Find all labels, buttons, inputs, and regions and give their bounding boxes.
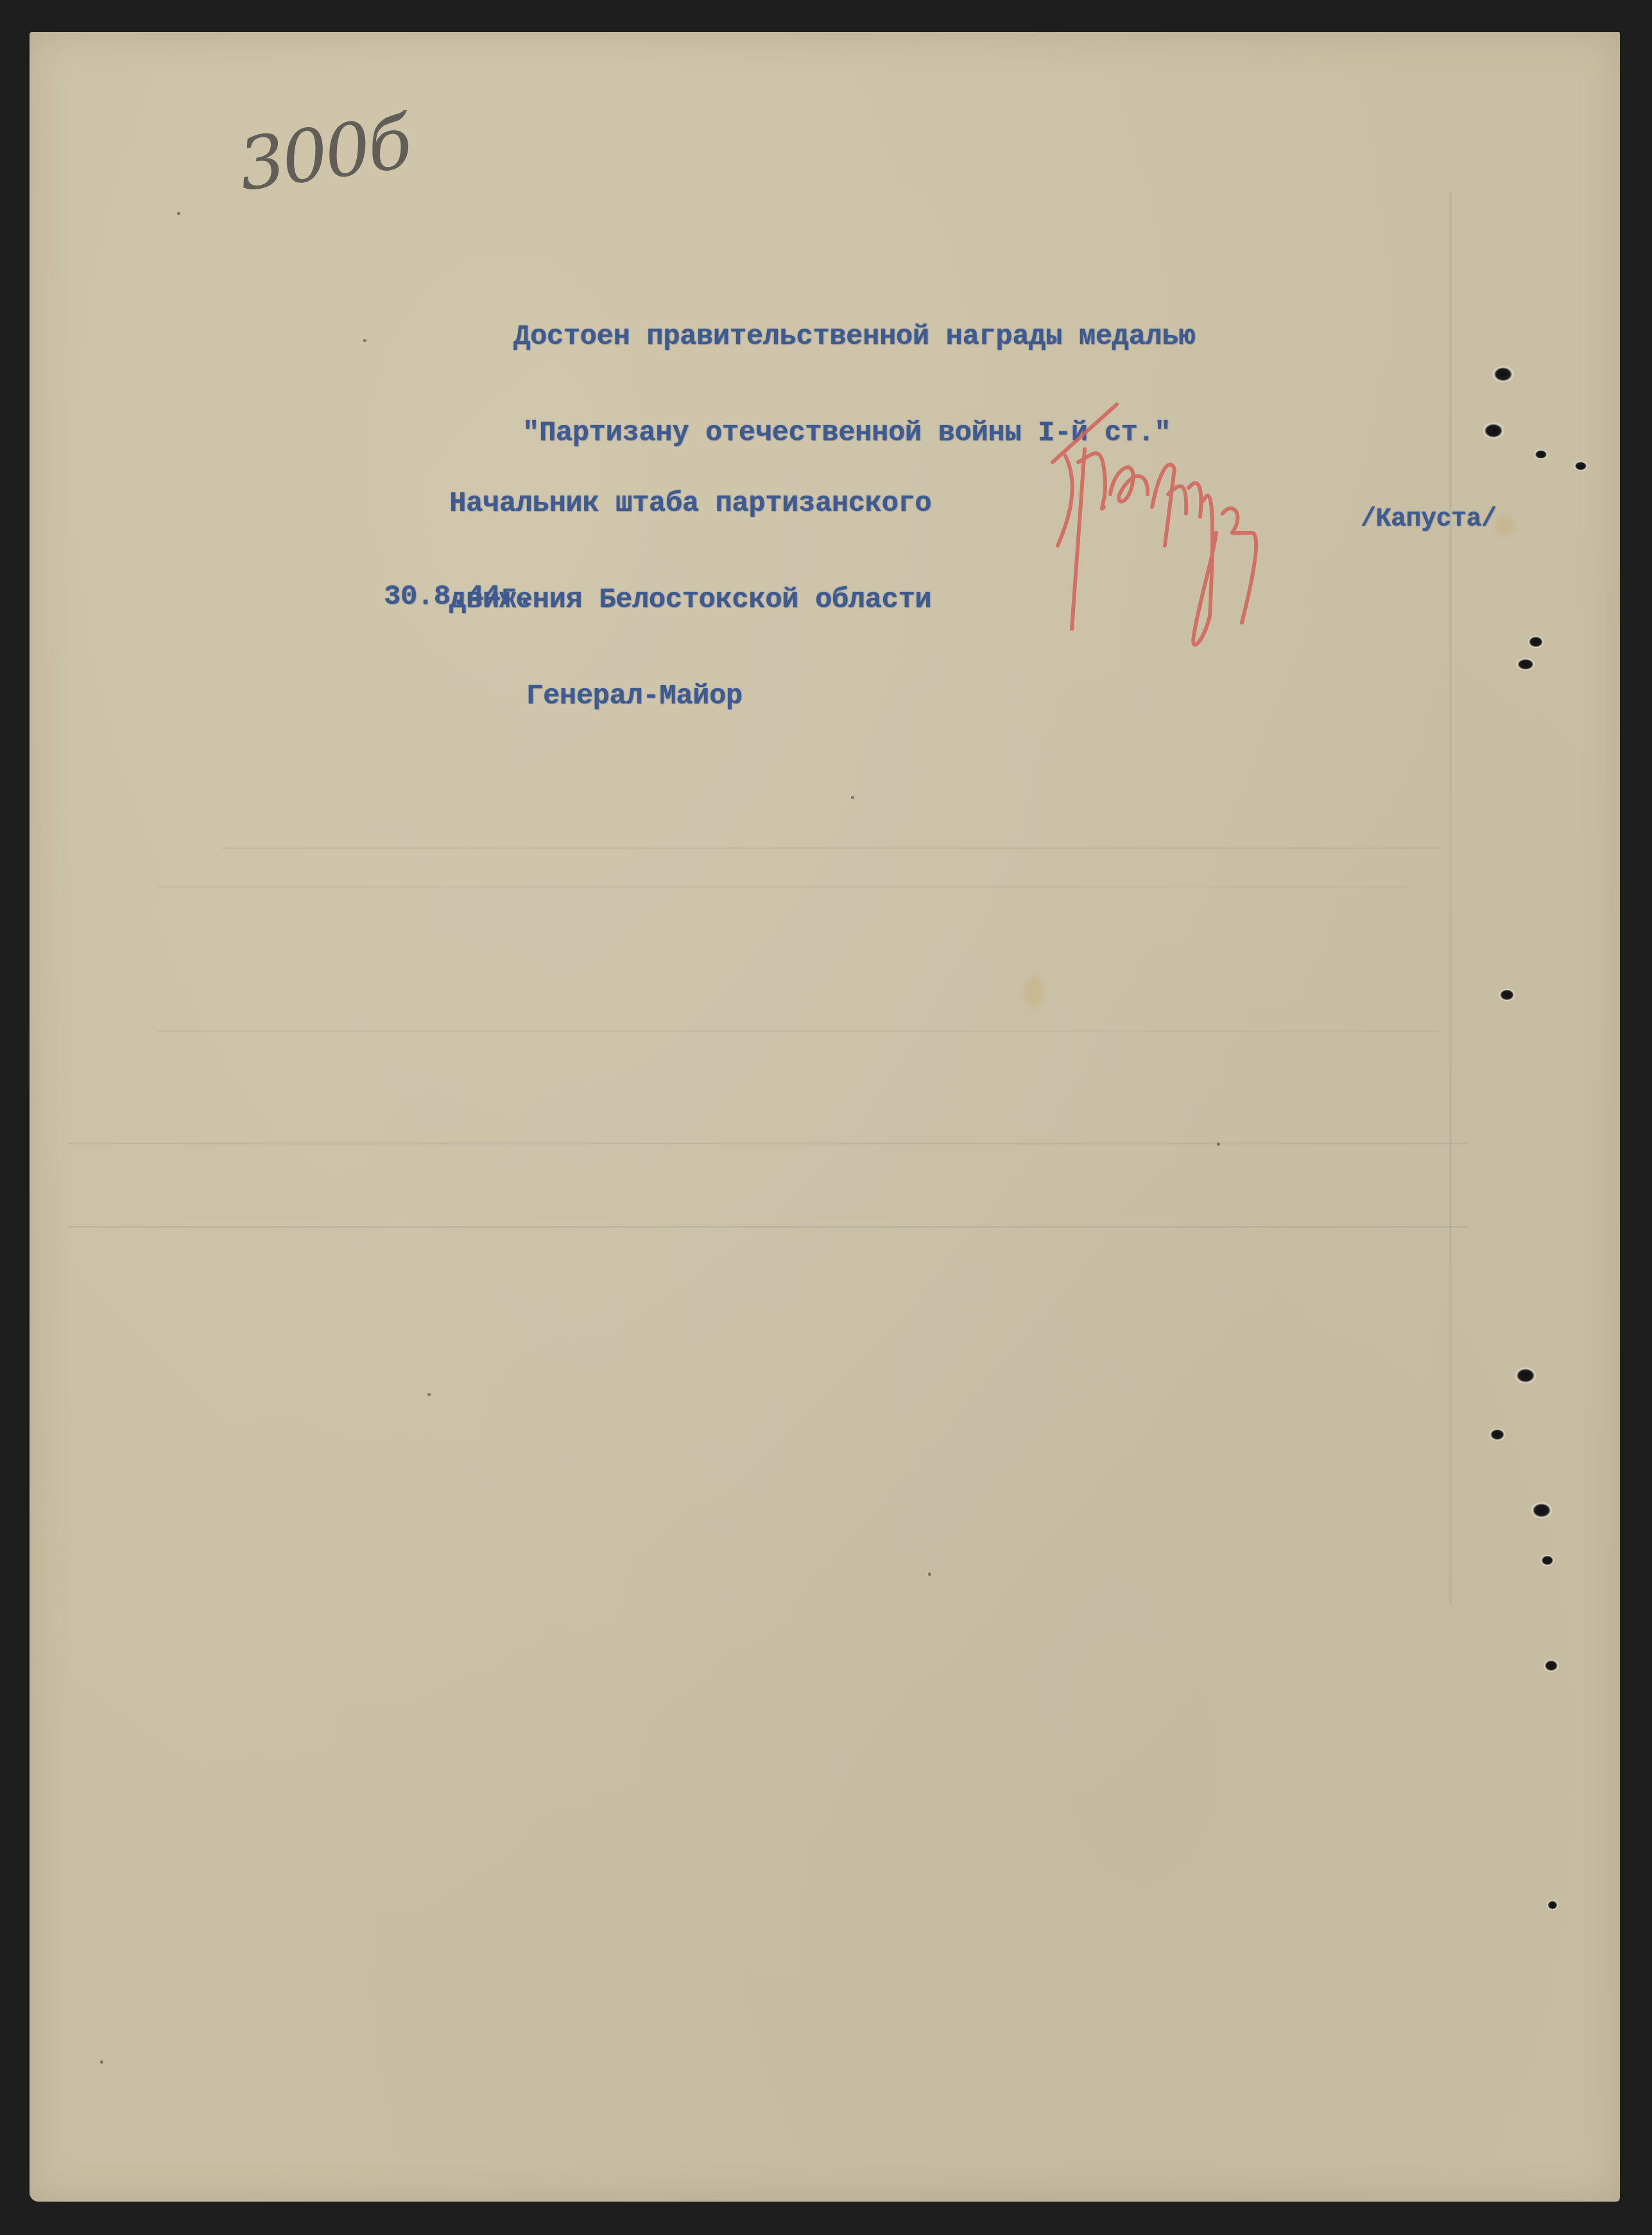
signatory-name: /Капуста/ — [1361, 504, 1497, 536]
binding-hole — [1516, 658, 1535, 671]
award-line-1: Достоен правительственной награды медаль… — [513, 321, 1195, 353]
paper-stain — [1024, 976, 1044, 1008]
bleed-through-rule — [68, 1226, 1467, 1228]
signatory-rank: Генерал-Майор — [449, 680, 931, 712]
paper-speck — [100, 2060, 103, 2064]
binding-hole — [1534, 449, 1548, 460]
binding-hole — [1492, 366, 1514, 383]
paper-speck — [1217, 1143, 1220, 1146]
document-date: 30.8.44г. — [384, 581, 533, 613]
signatory-title-line-1: Начальник штаба партизанского — [449, 488, 931, 520]
binding-hole — [1531, 1502, 1553, 1519]
paper-speck — [177, 212, 180, 215]
binding-hole — [1527, 635, 1544, 648]
binding-hole — [1547, 1900, 1558, 1910]
binding-hole — [1483, 422, 1504, 439]
bleed-through-rule — [68, 1143, 1467, 1144]
bleed-through-rule — [158, 1030, 1441, 1032]
bleed-through-rule — [158, 886, 1409, 888]
paper-stain — [1496, 517, 1514, 535]
paper-speck — [427, 1393, 431, 1396]
binding-hole — [1489, 1428, 1506, 1441]
fold-line — [1449, 193, 1452, 1605]
binding-hole — [1544, 1659, 1559, 1672]
paper-speck — [851, 796, 854, 799]
bleed-through-rule — [222, 847, 1441, 849]
handwritten-signature — [1040, 385, 1373, 668]
binding-hole — [1574, 461, 1588, 471]
binding-hole — [1499, 988, 1515, 1001]
paper-speck — [363, 339, 366, 342]
binding-hole — [1540, 1555, 1554, 1566]
binding-hole — [1515, 1367, 1536, 1384]
paper-speck — [928, 1573, 931, 1576]
